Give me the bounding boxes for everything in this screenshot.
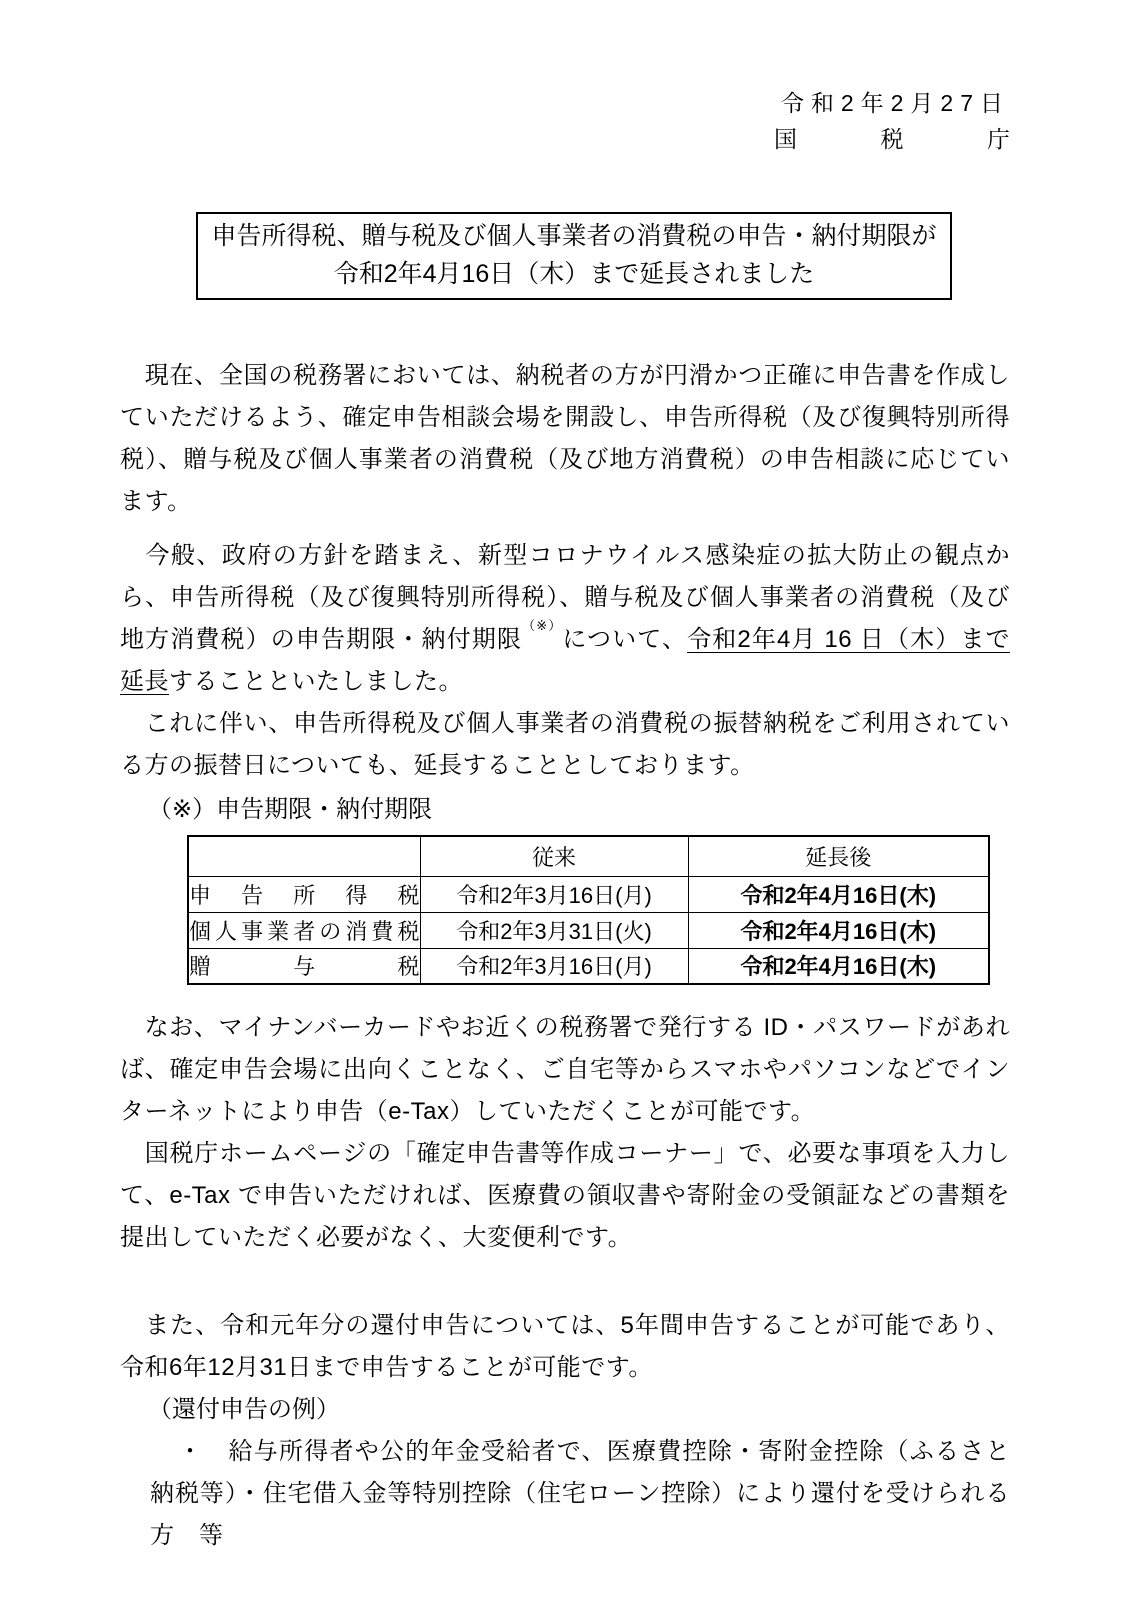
paragraph-etax: なお、マイナンバーカードやお近くの税務署で発行する ID・パスワードがあれば、確… [120, 1007, 1010, 1133]
tax-type-gift: 贈与税 [188, 948, 420, 984]
before-date-consumption: 令和2年3月31日(火) [420, 912, 688, 948]
paragraph-consultation: 現在、全国の税務署においては、納税者の方が円滑かつ正確に申告書を作成していただけ… [120, 355, 1010, 523]
after-date-income: 令和2年4月16日(木) [688, 876, 989, 912]
paragraph-refund: また、令和元年分の還付申告については、5年間申告することが可能であり、令和6年1… [120, 1305, 1010, 1389]
table-caption: （※）申告期限・納付期限 [148, 791, 1010, 829]
title-line-2: 令和2年4月16日（木）まで延長されました [198, 255, 950, 293]
extension-text-post: することといたしました。 [169, 668, 463, 695]
refund-example-heading: （還付申告の例） [148, 1389, 1010, 1431]
tax-type-income: 申告所得税 [188, 876, 420, 912]
refund-example-item: ・ 給与所得者や公的年金受給者で、医療費控除・寄附金控除（ふるさと納税等）・住宅… [120, 1431, 1010, 1557]
table-row: 贈与税 令和2年3月16日(月) 令和2年4月16日(木) [188, 948, 989, 984]
header-cell-before: 従来 [420, 836, 688, 876]
document-header: 令和2年2月27日 国税庁 [120, 85, 1010, 157]
document-page: 令和2年2月27日 国税庁 申告所得税、贈与税及び個人事業者の消費税の申告・納付… [0, 0, 1131, 1600]
paragraph-homepage: 国税庁ホームページの「確定申告書等作成コーナー」で、必要な事項を入力して、e-T… [120, 1133, 1010, 1259]
table-row: 個人事業者の消費税 令和2年3月31日(火) 令和2年4月16日(木) [188, 912, 989, 948]
before-date-income: 令和2年3月16日(月) [420, 876, 688, 912]
extension-text-mid: について、 [562, 626, 687, 653]
paragraph-transfer-payment: これに伴い、申告所得税及び個人事業者の消費税の振替納税をご利用されている方の振替… [120, 703, 1010, 787]
paragraph-extension: 今般、政府の方針を踏まえ、新型コロナウイルス感染症の拡大防止の観点から、申告所得… [120, 535, 1010, 703]
table-header-row: 従来 延長後 [188, 836, 989, 876]
deadline-table: 従来 延長後 申告所得税 令和2年3月16日(月) 令和2年4月16日(木) 個… [187, 835, 990, 985]
header-cell-blank [188, 836, 420, 876]
after-date-gift: 令和2年4月16日(木) [688, 948, 989, 984]
title-line-1: 申告所得税、贈与税及び個人事業者の消費税の申告・納付期限が [198, 217, 950, 255]
note-reference-mark: （※） [522, 618, 562, 633]
tax-type-consumption: 個人事業者の消費税 [188, 912, 420, 948]
before-date-gift: 令和2年3月16日(月) [420, 948, 688, 984]
document-date: 令和2年2月27日 [781, 85, 1010, 121]
table-row: 申告所得税 令和2年3月16日(月) 令和2年4月16日(木) [188, 876, 989, 912]
issuing-organization: 国税庁 [774, 121, 1010, 157]
title-box: 申告所得税、贈与税及び個人事業者の消費税の申告・納付期限が 令和2年4月16日（… [196, 212, 952, 300]
after-date-consumption: 令和2年4月16日(木) [688, 912, 989, 948]
header-cell-after: 延長後 [688, 836, 989, 876]
